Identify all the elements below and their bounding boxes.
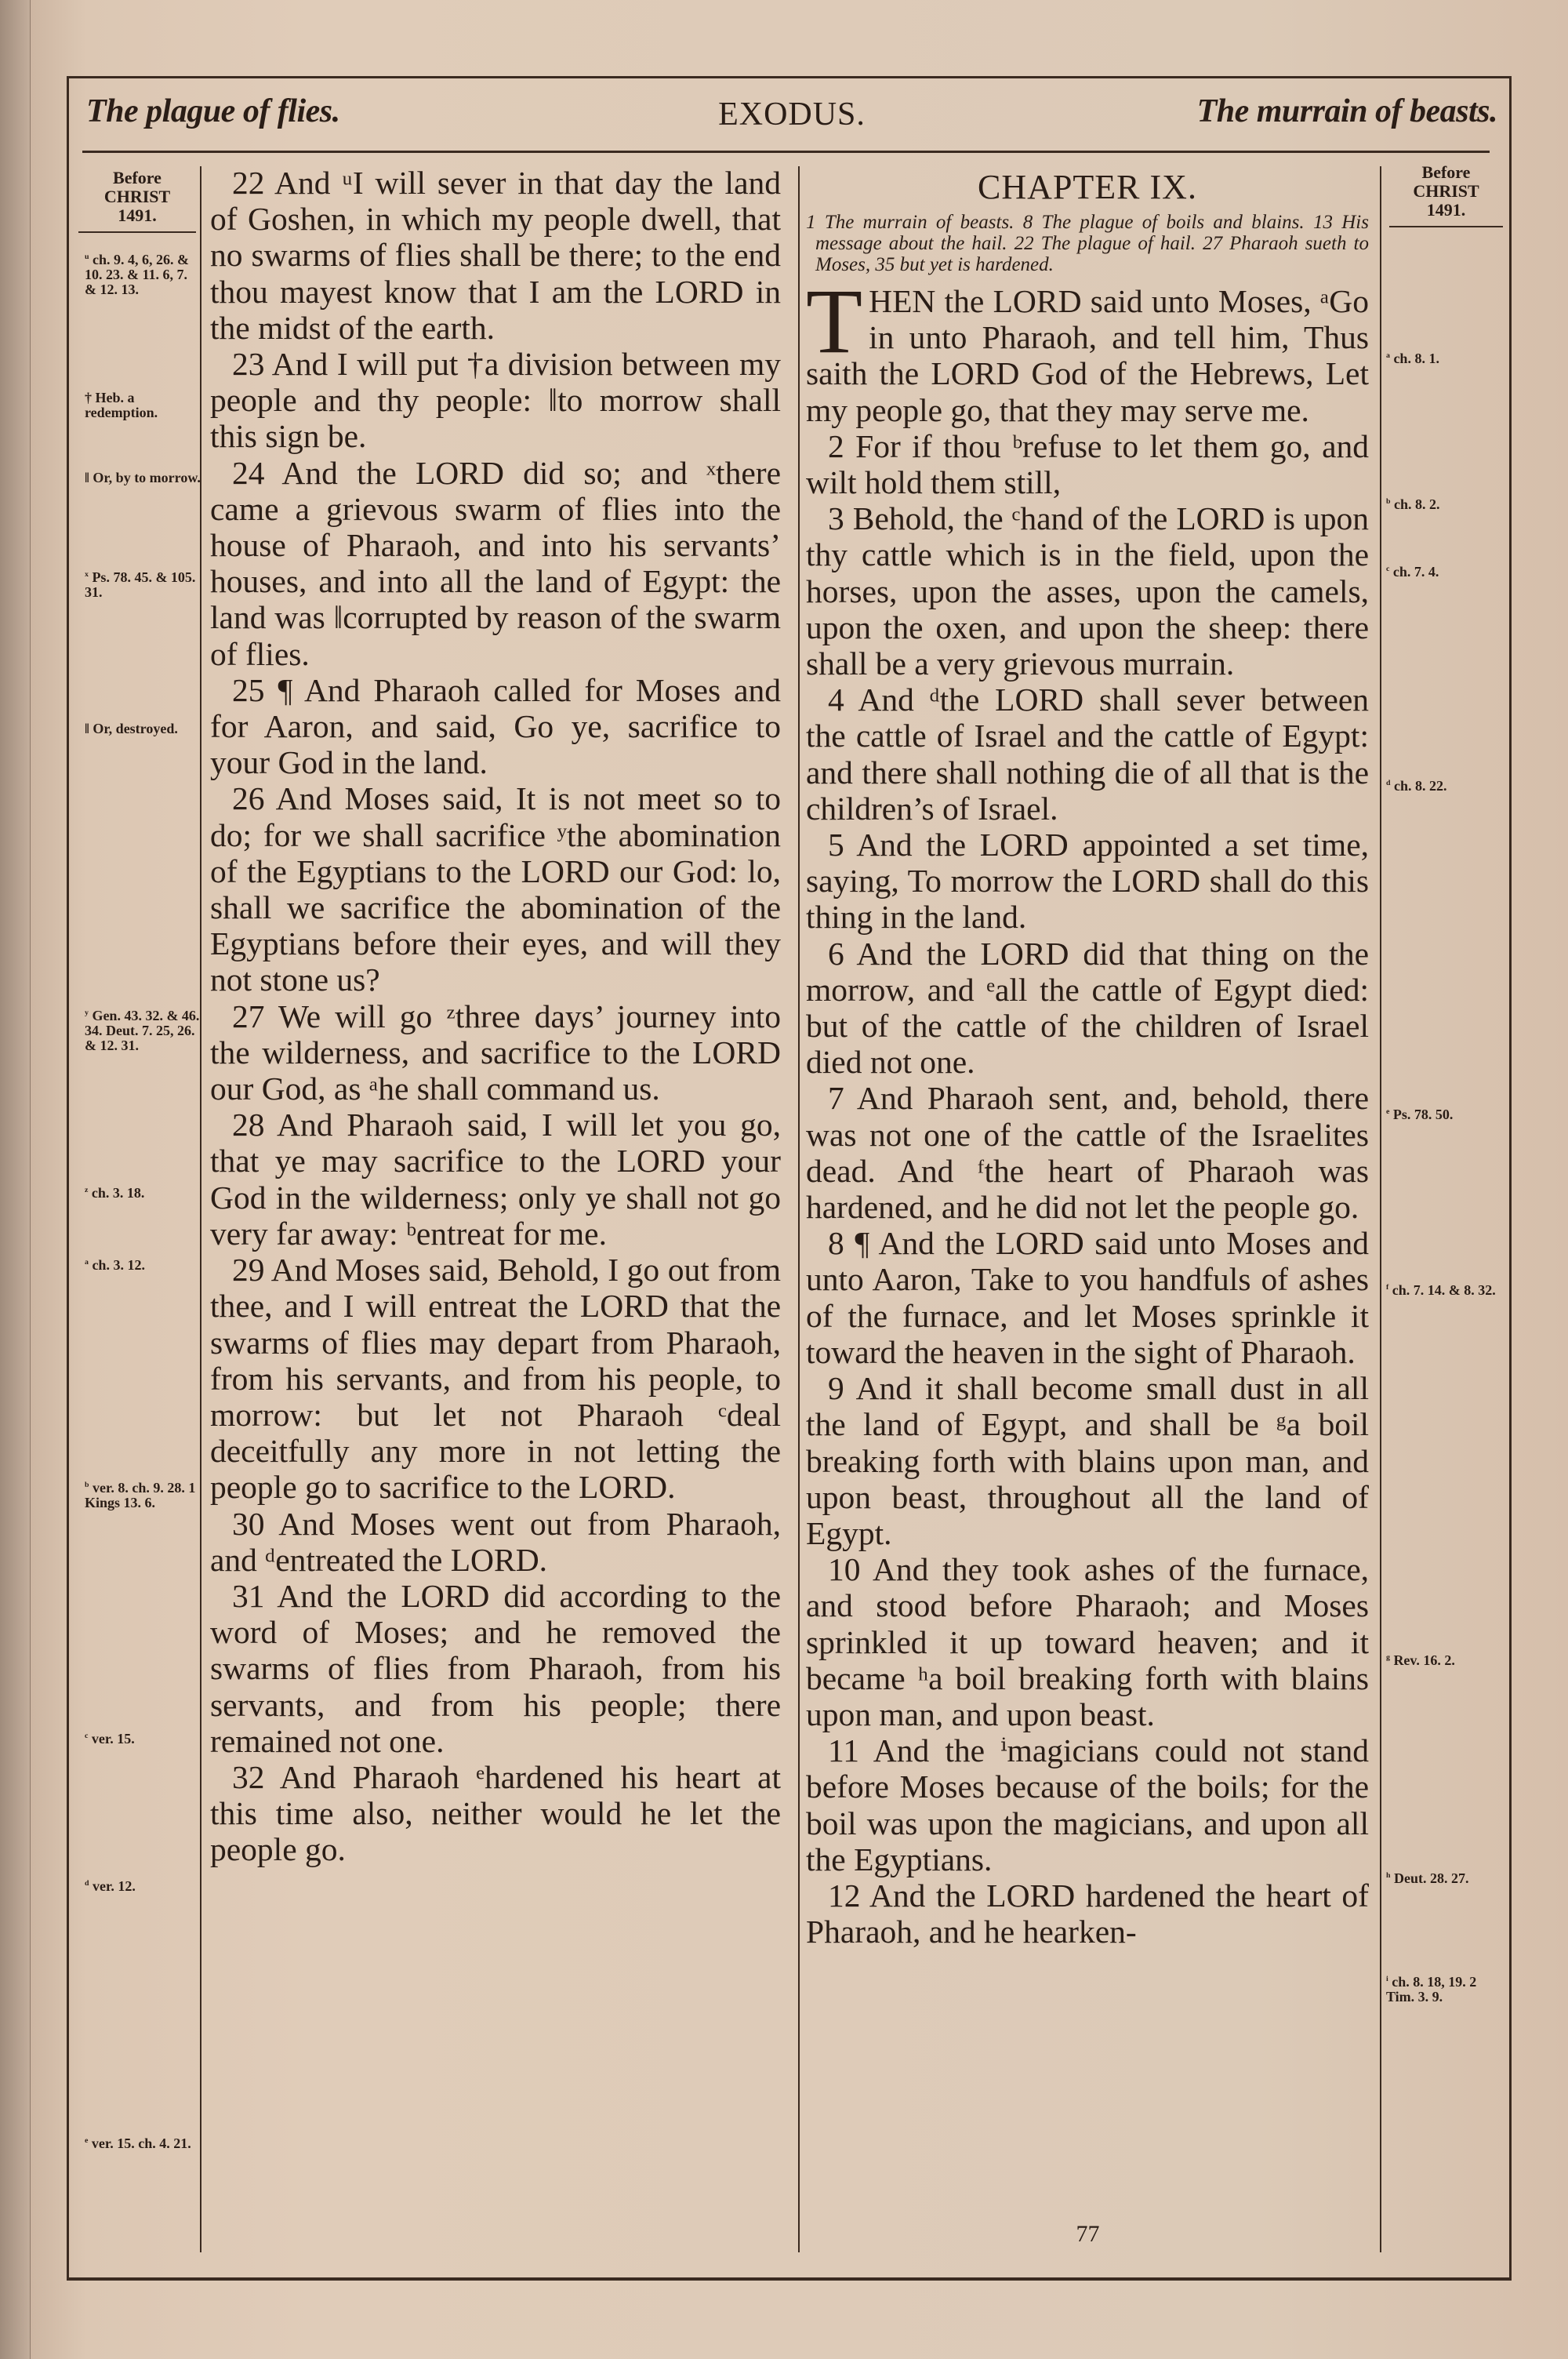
- verse: 10 And they took ashes of the furnace, a…: [806, 1551, 1369, 1732]
- margin-note: c ver. 15.: [85, 1732, 202, 1747]
- margin-note: † Heb. a redemption.: [85, 391, 202, 420]
- center-column-rule: [798, 166, 800, 2252]
- running-head-right: The murrain of beasts.: [1197, 93, 1497, 130]
- verse: 22 And ᵘI will sever in that day the lan…: [210, 165, 781, 346]
- margin-note: ‖ Or, by to morrow.: [85, 471, 202, 485]
- right-margin-rule: [1380, 166, 1381, 2252]
- verse: 32 And Pharaoh ᵉhardened his heart at th…: [210, 1759, 781, 1868]
- margin-note: a ch. 3. 12.: [85, 1258, 202, 1273]
- verse: 24 And the LORD did so; and ˣthere came …: [210, 455, 781, 672]
- verse: 28 And Pharaoh said, I will let you go, …: [210, 1107, 781, 1252]
- before-christ-date: Before CHRIST 1491.: [78, 169, 196, 233]
- drop-cap: T: [806, 288, 862, 355]
- margin-note: g Rev. 16. 2.: [1386, 1653, 1504, 1668]
- margin-note: c ch. 7. 4.: [1386, 565, 1504, 580]
- verse: 11 And the ⁱmagicians could not stand be…: [806, 1732, 1369, 1877]
- verse: 6 And the LORD did that thing on the mor…: [806, 936, 1369, 1081]
- bc-year: 1491.: [1389, 201, 1503, 220]
- chapter-summary: 1 The murrain of beasts. 8 The plague of…: [806, 212, 1369, 275]
- bc-label-before: Before: [1389, 163, 1503, 182]
- verse: 5 And the LORD appointed a set time, say…: [806, 827, 1369, 936]
- bc-label-christ: CHRIST: [1389, 182, 1503, 201]
- bc-label-christ: CHRIST: [78, 187, 196, 206]
- facing-page-edge: [0, 0, 31, 2359]
- left-margin-notes: Before CHRIST 1491.: [78, 169, 196, 244]
- margin-note: x Ps. 78. 45. & 105. 31.: [85, 570, 202, 600]
- verse: 4 And ᵈthe LORD shall sever between the …: [806, 682, 1369, 827]
- margin-note: u ch. 9. 4, 6, 26. & 10. 23. & 11. 6, 7.…: [85, 253, 202, 297]
- margin-note: e Ps. 78. 50.: [1386, 1107, 1504, 1122]
- bottom-rule: [67, 2277, 1512, 2281]
- margin-note: h Deut. 28. 27.: [1386, 1871, 1504, 1886]
- left-text-column: 22 And ᵘI will sever in that day the lan…: [210, 165, 781, 1868]
- margin-note: y Gen. 43. 32. & 46. 34. Deut. 7. 25, 26…: [85, 1009, 202, 1053]
- running-head: The plague of flies. EXODUS. The murrain…: [86, 93, 1497, 140]
- verse: 7 And Pharaoh sent, and, behold, there w…: [806, 1080, 1369, 1225]
- head-rule: [82, 151, 1490, 153]
- verse: 26 And Moses said, It is not meet so to …: [210, 780, 781, 998]
- margin-note: b ver. 8. ch. 9. 28. 1 Kings 13. 6.: [85, 1481, 202, 1510]
- before-christ-date: Before CHRIST 1491.: [1389, 163, 1503, 227]
- margin-note: ‖ Or, destroyed.: [85, 722, 202, 736]
- verse: 29 And Moses said, Behold, I go out from…: [210, 1252, 781, 1505]
- verse: THEN the LORD said unto Moses, ᵃGo in un…: [806, 283, 1369, 428]
- verse: 23 And I will put †a division between my…: [210, 346, 781, 455]
- verse: 25 ¶ And Pharaoh called for Moses and fo…: [210, 672, 781, 781]
- margin-note: a ch. 8. 1.: [1386, 351, 1504, 366]
- bc-year: 1491.: [78, 206, 196, 225]
- margin-note: i ch. 8. 18, 19. 2 Tim. 3. 9.: [1386, 1975, 1504, 2005]
- bc-label-before: Before: [78, 169, 196, 187]
- verse: 9 And it shall become small dust in all …: [806, 1370, 1369, 1551]
- chapter-heading: CHAPTER IX.: [806, 168, 1369, 207]
- verse: 2 For if thou ᵇrefuse to let them go, an…: [806, 428, 1369, 500]
- margin-note: z ch. 3. 18.: [85, 1186, 202, 1201]
- verse: 27 We will go ᶻthree days’ journey into …: [210, 998, 781, 1107]
- right-margin-notes: Before CHRIST 1491.: [1389, 163, 1503, 238]
- page-number: 77: [800, 2221, 1376, 2248]
- right-text-column: CHAPTER IX. 1 The murrain of beasts. 8 T…: [806, 166, 1369, 1950]
- margin-note: d ver. 12.: [85, 1879, 202, 1894]
- margin-note: b ch. 8. 2.: [1386, 497, 1504, 512]
- margin-note: f ch. 7. 14. & 8. 32.: [1386, 1283, 1504, 1298]
- margin-note: e ver. 15. ch. 4. 21.: [85, 2136, 202, 2151]
- verse: 3 Behold, the ᶜhand of the LORD is upon …: [806, 500, 1369, 682]
- verse: 12 And the LORD hardened the heart of Ph…: [806, 1877, 1369, 1950]
- verse: 30 And Moses went out from Pharaoh, and …: [210, 1506, 781, 1578]
- margin-note: d ch. 8. 22.: [1386, 779, 1504, 794]
- verse: 8 ¶ And the LORD said unto Moses and unt…: [806, 1225, 1369, 1370]
- verse: 31 And the LORD did according to the wor…: [210, 1578, 781, 1759]
